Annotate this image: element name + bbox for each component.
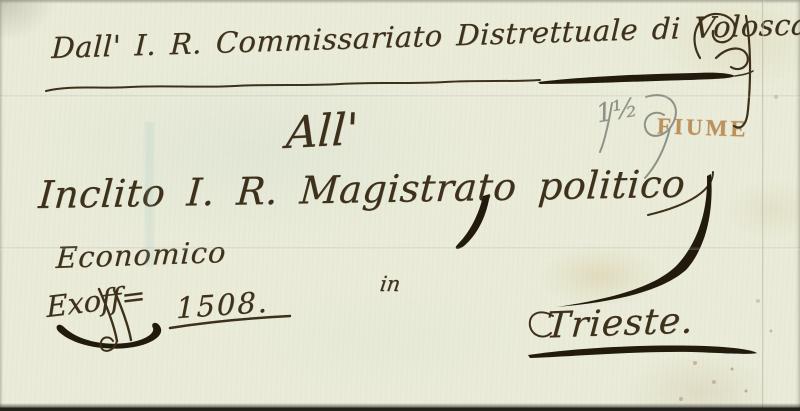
letter-cover-scan: Dall' I. R. Commissariato Distrettuale d… (0, 0, 800, 411)
horizontal-crease-middle (0, 247, 800, 250)
sender-underline-thick (538, 73, 735, 84)
reference-number: 1508. (176, 288, 269, 324)
recipient-line: Inclito I. R. Magistrato politico (37, 165, 686, 214)
fiume-postmark-stamp: FIUME (657, 113, 750, 142)
paper-bottom-edge-shadow (0, 403, 800, 411)
trieste-underline (528, 345, 757, 358)
exoff-flourish (57, 323, 162, 349)
vertical-fold-line (762, 0, 764, 411)
paper-speckles (0, 0, 2, 2)
department-line: Economico (55, 238, 227, 273)
reference-prefix: Exoff= (46, 281, 146, 322)
ornament-loop (716, 49, 748, 70)
preposition-in: in (379, 274, 402, 295)
sender-underline-tail (735, 71, 753, 76)
destination-line: Trieste. (545, 303, 695, 344)
salutation: All' (285, 108, 359, 156)
faint-vertical-mark (145, 122, 154, 267)
horizontal-crease-top (0, 95, 800, 98)
sender-line: Dall' I. R. Commissariato Distrettuale d… (51, 10, 800, 63)
rate-marking-pencil: 1½ (594, 93, 640, 130)
sender-underline-thin (46, 80, 540, 91)
exoff-loop (101, 337, 117, 351)
